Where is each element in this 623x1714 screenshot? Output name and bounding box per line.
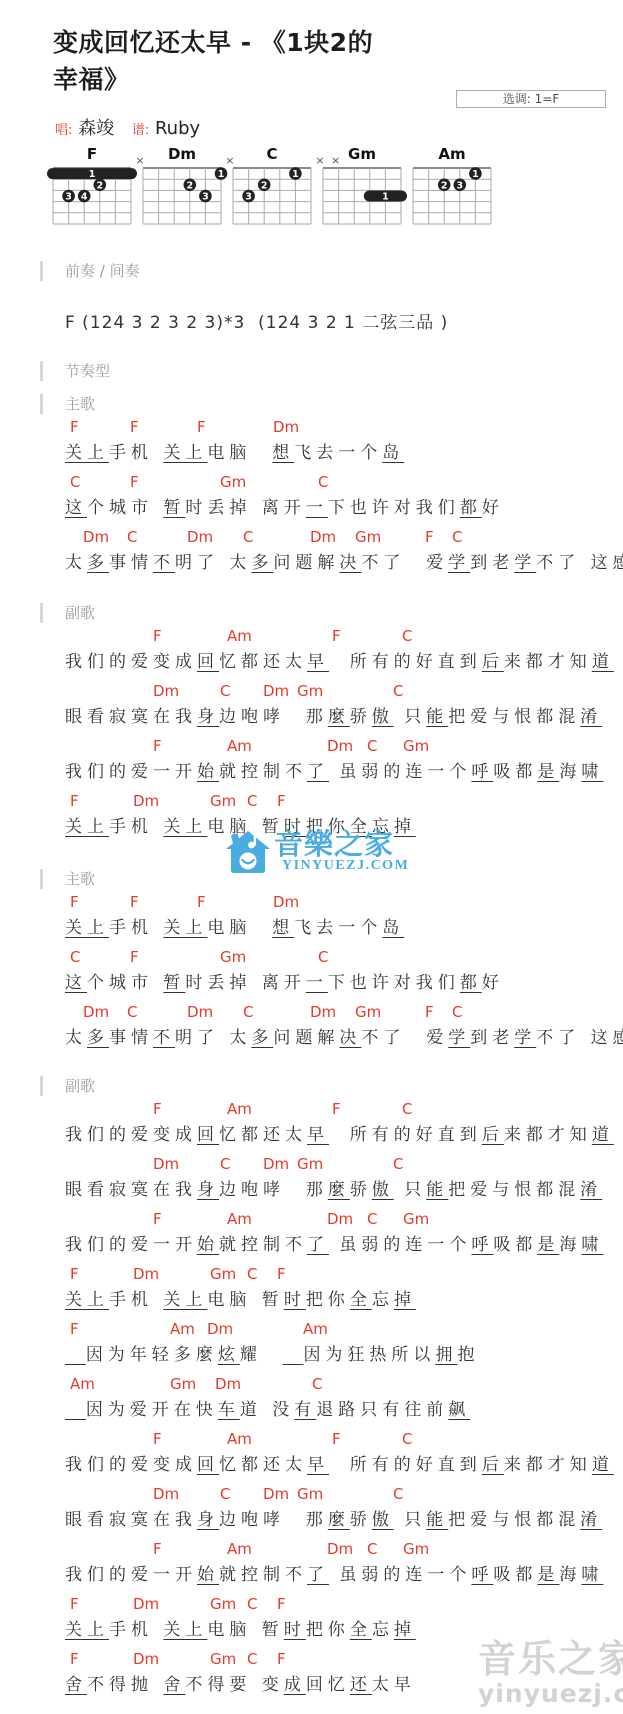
lyric-segment: 了: [307, 1235, 329, 1255]
lyric-line: 因为爱开在快车道 没有退路只有往前飙: [65, 1399, 623, 1429]
page-title: 变成回忆还太早 - 《1块2的幸福》: [53, 24, 398, 98]
lyric-segment: 不: [153, 1028, 175, 1048]
section-header: 副歌: [65, 1075, 623, 1097]
section-lines: FFFDm关上手机 关上电脑 想飞去一个岛CFGmC这个城市 暂时丢掉 离开一下…: [65, 892, 623, 1057]
svg-text:3: 3: [456, 180, 463, 191]
lyric-segment: 把你: [306, 1290, 350, 1310]
lyric-segment: 了: [307, 762, 329, 782]
lyric-segment: 骄: [350, 1510, 372, 1530]
svg-text:3: 3: [245, 192, 252, 203]
chord-label: C: [367, 738, 377, 754]
chord-label: F: [153, 1541, 162, 1557]
lyric-line: 我们的爱变成回忆都还太早 所有的好直到后来都才知道: [65, 1454, 623, 1484]
lyric-line: 眼看寂寞在我身边咆哮 那麼骄傲 只能把爱与恨都混淆: [65, 1509, 623, 1539]
chord-line: FAmFC: [65, 626, 623, 651]
artist-line: 唱: 森竣 谱: Ruby: [55, 114, 623, 140]
chord-label: F: [130, 474, 139, 490]
lyric-segment: 炫: [218, 1345, 240, 1365]
svg-text:2: 2: [261, 180, 268, 191]
svg-text:1: 1: [472, 169, 479, 180]
chord-label: C: [312, 1376, 322, 1392]
svg-text:Dm: Dm: [168, 145, 196, 163]
lyric-segment: 眼看寂寞在我: [65, 1180, 197, 1200]
lyric-segment: 太早: [372, 1675, 416, 1695]
chord-label: Dm: [133, 1596, 159, 1612]
lyric-segment: 学: [514, 553, 536, 573]
lyric-segment: 边咆哮 那: [219, 1510, 328, 1530]
chord-label: Dm: [83, 1004, 109, 1020]
lyric-segment: 到老: [470, 1028, 514, 1048]
chord-label: F: [153, 1211, 162, 1227]
section-header: 前奏 / 间奏: [65, 260, 623, 282]
lyric-segment: 我们的爱变成: [65, 652, 197, 672]
section-header-label: 主歌: [65, 870, 95, 888]
lyric-segment: 把爱与恨都混: [448, 1510, 580, 1530]
section-bar: [40, 261, 43, 281]
chord-label: F: [153, 738, 162, 754]
lyric-segment: 海: [559, 762, 581, 782]
chord-label: Dm: [273, 894, 299, 910]
lyric-segment: 因为狂热所以: [303, 1345, 435, 1365]
chord-label: C: [220, 1486, 230, 1502]
svg-text:1: 1: [292, 169, 299, 180]
chord-label: Dm: [133, 1651, 159, 1667]
lyric-segment: 麼: [328, 1180, 350, 1200]
chord-label: C: [127, 529, 137, 545]
chord-label: Am: [170, 1321, 195, 1337]
composer-name: Ruby: [155, 118, 200, 139]
lyric-segment: 后: [482, 1125, 504, 1145]
chord-label: Dm: [187, 1004, 213, 1020]
chord-line: FAmDmCGm: [65, 1209, 623, 1234]
chord-label: F: [153, 1431, 162, 1447]
lyric-segment: 多: [87, 553, 109, 573]
chord-label: Gm: [355, 529, 381, 545]
chord-line: DmCDmGmC: [65, 1484, 623, 1509]
lyric-segment: 忘: [372, 1620, 394, 1640]
lyric-segment: 来都才知: [504, 652, 592, 672]
lyric-segment: 因为爱开在快: [86, 1400, 218, 1420]
lyric-segment: 关上: [65, 1290, 109, 1310]
chord-label: C: [247, 1266, 257, 1282]
lyric-segment: 到老: [470, 553, 514, 573]
lyric-segment: [283, 1345, 304, 1365]
lyric-segment: 掉: [394, 1620, 416, 1640]
lyric-segment: 太: [65, 1028, 87, 1048]
chord-line: DmCDmCDmGmFC: [65, 527, 623, 552]
lyric-segment: 把爱与恨都混: [448, 707, 580, 727]
chord-line: DmCDmCDmGmFC: [65, 1002, 623, 1027]
lyric-segment: 这: [65, 498, 87, 518]
lyric-segment: 来都才知: [504, 1125, 592, 1145]
intro-notation: F (124 3 2 3 2 3)*3 (124 3 2 1 二弦三品 ): [65, 308, 623, 330]
chord-label: Am: [227, 1541, 252, 1557]
chord-label: Dm: [263, 1486, 289, 1502]
svg-text:2: 2: [441, 180, 448, 191]
chord-label: C: [393, 683, 403, 699]
lyric-segment: 淆: [580, 1180, 602, 1200]
lyric-segment: 决: [339, 1028, 361, 1048]
chord-diagram-C: C×123: [227, 146, 317, 226]
lyric-segment: 忆都还太: [219, 1125, 307, 1145]
chord-label: Dm: [327, 1211, 353, 1227]
lyric-segment: 拥: [435, 1345, 457, 1365]
lyric-segment: 一: [306, 973, 328, 993]
lyric-segment: 身: [197, 1510, 219, 1530]
chord-label: Gm: [210, 1266, 236, 1282]
lyric-segment: 抱: [457, 1345, 479, 1365]
chord-label: C: [70, 949, 80, 965]
chord-label: Dm: [187, 529, 213, 545]
lyric-segment: 傲: [372, 707, 394, 727]
chord-label: F: [130, 949, 139, 965]
lyric-segment: 个城市: [87, 498, 163, 518]
chord-label: Dm: [153, 1486, 179, 1502]
svg-text:×: ×: [331, 154, 340, 167]
lyric-segment: 虽弱的连一个: [329, 1565, 471, 1585]
section-header-label: 主歌: [65, 395, 95, 413]
section: 前奏 / 间奏F (124 3 2 3 2 3)*3 (124 3 2 1 二弦…: [65, 260, 623, 330]
lyric-segment: 舍: [163, 1675, 185, 1695]
lyric-segment: 岛: [382, 443, 404, 463]
lyric-segment: 不得抛: [87, 1675, 163, 1695]
lyric-segment: 不了 爱: [361, 1028, 448, 1048]
chord-label: Gm: [355, 1004, 381, 1020]
lyric-segment: 关上: [65, 817, 109, 837]
lyric-segment: 全: [350, 817, 372, 837]
lyric-segment: 多: [87, 1028, 109, 1048]
chord-label: C: [393, 1486, 403, 1502]
section-bar: [40, 603, 43, 623]
lyric-line: 舍不得抛 舍不得要 变成回忆还太早: [65, 1674, 623, 1704]
chord-label: C: [247, 793, 257, 809]
lyric-segment: 傲: [372, 1180, 394, 1200]
lyric-segment: 飞去一个: [294, 443, 382, 463]
lyric-segment: 来都才知: [504, 1455, 592, 1475]
lyric-line: 眼看寂寞在我身边咆哮 那麼骄傲 只能把爱与恨都混淆: [65, 706, 623, 736]
chord-label: C: [243, 529, 253, 545]
chord-label: F: [277, 1651, 286, 1667]
chord-label: Gm: [403, 1541, 429, 1557]
lyric-segment: 不得要 变: [185, 1675, 283, 1695]
svg-text:×: ×: [135, 154, 144, 167]
lyric-segment: 全: [350, 1620, 372, 1640]
lyric-segment: 是: [537, 762, 559, 782]
chord-line: FAmFC: [65, 1429, 623, 1454]
chord-label: Dm: [327, 1541, 353, 1557]
composer-label: 谱:: [132, 123, 149, 138]
chord-label: Dm: [153, 1156, 179, 1172]
lyric-segment: 边咆哮 那: [219, 1180, 328, 1200]
svg-text:Gm: Gm: [348, 145, 376, 163]
lyric-segment: 手机: [109, 817, 163, 837]
lyric-segment: 能: [426, 1180, 448, 1200]
chord-line: FDmGmCF: [65, 1264, 623, 1289]
lyric-segment: 关上: [163, 817, 207, 837]
singer-name: 森竣: [78, 118, 114, 139]
chord-label: Gm: [297, 1486, 323, 1502]
chord-label: C: [127, 1004, 137, 1020]
lyric-segment: 事情: [109, 1028, 153, 1048]
lyric-segment: 就控制不: [219, 1565, 307, 1585]
lyric-segment: 电脑: [207, 443, 272, 463]
lyric-segment: 舍: [65, 1675, 87, 1695]
lyric-segment: 只: [394, 1510, 426, 1530]
lyric-segment: 车: [218, 1400, 240, 1420]
section-bar: [40, 361, 43, 381]
chord-label: Dm: [83, 529, 109, 545]
chord-label: F: [332, 628, 341, 644]
lyric-segment: 早: [307, 652, 329, 672]
lyric-segment: 我们的爱变成: [65, 1125, 197, 1145]
chord-label: Gm: [297, 683, 323, 699]
lyric-segment: 耀: [240, 1345, 283, 1365]
chord-label: C: [402, 1431, 412, 1447]
lyric-segment: 道: [592, 652, 614, 672]
chord-label: F: [70, 1266, 79, 1282]
chord-label: Gm: [220, 949, 246, 965]
lyric-segment: 忘: [372, 1290, 394, 1310]
lyric-segment: 骄: [350, 1180, 372, 1200]
key-select-badge[interactable]: 选调: 1=F: [456, 90, 606, 108]
lyric-segment: 我们的爱一开: [65, 1565, 197, 1585]
lyric-segment: 忆都还太: [219, 652, 307, 672]
chord-label: Dm: [273, 419, 299, 435]
lyric-segment: 后: [482, 652, 504, 672]
lyric-segment: 有: [294, 1400, 316, 1420]
lyric-segment: 呼: [471, 1565, 493, 1585]
lyric-segment: 掉: [394, 817, 416, 837]
lyric-segment: 忘: [372, 817, 394, 837]
section: 节奏型: [65, 360, 623, 382]
lyric-segment: 只: [394, 707, 426, 727]
lyric-segment: 个城市: [87, 973, 163, 993]
section-header-label: 节奏型: [65, 362, 110, 380]
lyric-segment: 早: [307, 1455, 329, 1475]
chord-label: F: [197, 894, 206, 910]
lyric-segment: 事情: [109, 553, 153, 573]
lyric-segment: 明了 太: [175, 1028, 251, 1048]
lyric-segment: 淆: [580, 1510, 602, 1530]
chord-label: C: [243, 1004, 253, 1020]
lyric-segment: 了: [307, 1565, 329, 1585]
lyric-segment: 回: [197, 1125, 219, 1145]
section: 主歌FFFDm关上手机 关上电脑 想飞去一个岛CFGmC这个城市 暂时丢掉 离开…: [65, 393, 623, 582]
lyric-segment: 忆都还太: [219, 1455, 307, 1475]
lyric-segment: 多: [251, 553, 273, 573]
section: 副歌FAmFC我们的爱变成回忆都还太早 所有的好直到后来都才知道DmCDmGmC…: [65, 1075, 623, 1704]
lyric-segment: 多: [251, 1028, 273, 1048]
svg-text:1: 1: [218, 169, 225, 180]
chord-label: F: [197, 419, 206, 435]
lyric-segment: 时丢掉 离开: [185, 498, 305, 518]
section-bar: [40, 869, 43, 889]
chord-label: Am: [227, 1211, 252, 1227]
lyric-segment: 回: [197, 1455, 219, 1475]
lyric-segment: 这: [65, 973, 87, 993]
chord-line: FDmGmCF: [65, 791, 623, 816]
chord-label: F: [70, 419, 79, 435]
chord-label: Am: [227, 1431, 252, 1447]
chord-label: Am: [227, 1101, 252, 1117]
chord-label: C: [402, 1101, 412, 1117]
lyric-line: 这个城市 暂时丢掉 离开一下也许对我们都好: [65, 497, 623, 527]
chord-label: Dm: [310, 1004, 336, 1020]
lyric-segment: 关上: [163, 443, 207, 463]
lyric-segment: 眼看寂寞在我: [65, 1510, 197, 1530]
chord-label: F: [425, 1004, 434, 1020]
chord-label: F: [277, 1596, 286, 1612]
lyric-segment: 身: [197, 1180, 219, 1200]
chord-label: F: [277, 1266, 286, 1282]
lyric-segment: 岛: [382, 918, 404, 938]
lyric-segment: [65, 1400, 86, 1420]
chord-label: C: [247, 1596, 257, 1612]
lyric-segment: 啸: [581, 762, 603, 782]
lyric-segment: 身: [197, 707, 219, 727]
chord-label: Gm: [210, 1596, 236, 1612]
chord-line: FFFDm: [65, 417, 623, 442]
lyric-segment: 我们的爱一开: [65, 1235, 197, 1255]
lyric-segment: 道: [592, 1455, 614, 1475]
lyric-segment: 边咆哮 那: [219, 707, 328, 727]
chord-label: C: [220, 1156, 230, 1172]
lyric-segment: 我们的爱一开: [65, 762, 197, 782]
lyric-segment: 把你: [306, 817, 350, 837]
chord-line: FFFDm: [65, 892, 623, 917]
chord-label: F: [70, 1321, 79, 1337]
section-lines: FAmFC我们的爱变成回忆都还太早 所有的好直到后来都才知道DmCDmGmC眼看…: [65, 1099, 623, 1704]
chord-label: Gm: [210, 793, 236, 809]
svg-text:Am: Am: [438, 145, 465, 163]
chord-label: F: [130, 419, 139, 435]
lyric-segment: 下也许对我们: [328, 498, 460, 518]
lyric-segment: 全: [350, 1290, 372, 1310]
lyric-segment: 好: [482, 973, 504, 993]
lyric-segment: 手机: [109, 1620, 163, 1640]
lyric-segment: 都: [460, 498, 482, 518]
lyric-segment: [65, 1345, 86, 1365]
lyric-segment: 电脑 暂: [207, 817, 283, 837]
chord-line: FAmFC: [65, 1099, 623, 1124]
lyric-segment: 是: [537, 1565, 559, 1585]
lyric-segment: 只: [394, 1180, 426, 1200]
lyric-segment: 麼: [328, 707, 350, 727]
chord-line: FAmDmCGm: [65, 1539, 623, 1564]
lyric-line: 关上手机 关上电脑 想飞去一个岛: [65, 442, 623, 472]
lyric-line: 我们的爱一开始就控制不了 虽弱的连一个呼吸都是海啸: [65, 761, 623, 791]
section-header-label: 副歌: [65, 604, 95, 622]
chord-label: Dm: [263, 683, 289, 699]
lyric-segment: 虽弱的连一个: [329, 762, 471, 782]
lyric-segment: 吸都: [493, 762, 537, 782]
lyric-segment: 麼: [328, 1510, 350, 1530]
lyric-segment: 关上: [65, 1620, 109, 1640]
chord-label: F: [130, 894, 139, 910]
section-bar: [40, 1076, 43, 1096]
lyric-segment: 电脑 暂: [207, 1290, 283, 1310]
singer-label: 唱:: [55, 123, 72, 138]
section-header: 副歌: [65, 602, 623, 624]
lyric-segment: 一: [306, 498, 328, 518]
lyric-segment: 决: [339, 553, 361, 573]
section-header-label: 副歌: [65, 1077, 95, 1095]
svg-text:×: ×: [315, 154, 324, 167]
lyric-line: 我们的爱变成回忆都还太早 所有的好直到后来都才知道: [65, 1124, 623, 1154]
lyric-line: 关上手机 关上电脑 暂时把你全忘掉: [65, 1289, 623, 1319]
lyric-segment: 时丢掉 离开: [185, 973, 305, 993]
chord-label: C: [402, 628, 412, 644]
lyric-segment: 不了 爱: [361, 553, 448, 573]
lyric-segment: 海: [559, 1235, 581, 1255]
lyric-segment: 就控制不: [219, 762, 307, 782]
lyric-segment: 回忆: [306, 1675, 350, 1695]
chord-label: C: [393, 1156, 403, 1172]
chord-line: DmCDmGmC: [65, 1154, 623, 1179]
svg-text:C: C: [266, 145, 277, 163]
chord-diagram-Am: Am123: [407, 146, 497, 226]
chord-label: C: [247, 1651, 257, 1667]
lyric-segment: 吸都: [493, 1565, 537, 1585]
chord-label: Gm: [170, 1376, 196, 1392]
chord-line: FAmDmCGm: [65, 736, 623, 761]
svg-text:2: 2: [186, 180, 193, 191]
chord-label: F: [153, 628, 162, 644]
chord-line: CFGmC: [65, 947, 623, 972]
chord-label: C: [367, 1211, 377, 1227]
lyric-segment: 因为年轻多麼: [86, 1345, 218, 1365]
lyric-segment: 始: [197, 762, 219, 782]
lyric-segment: 我们的爱变成: [65, 1455, 197, 1475]
chord-diagrams-row: F1234Dm×123C×123Gm××1Am123: [47, 146, 623, 226]
chord-label: Gm: [210, 1651, 236, 1667]
lyric-segment: 还: [350, 1675, 372, 1695]
chord-label: C: [318, 949, 328, 965]
lyric-segment: 飙: [448, 1400, 470, 1420]
section: 主歌FFFDm关上手机 关上电脑 想飞去一个岛CFGmC这个城市 暂时丢掉 离开…: [65, 868, 623, 1057]
chord-line: FAmDmAm: [65, 1319, 623, 1344]
chord-label: F: [70, 1651, 79, 1667]
section-bar: [40, 394, 43, 414]
lyric-segment: 骄: [350, 707, 372, 727]
chord-label: Dm: [215, 1376, 241, 1392]
chord-label: Am: [227, 628, 252, 644]
lyric-segment: 太: [65, 553, 87, 573]
lyric-segment: 时: [284, 1620, 306, 1640]
lyric-line: 关上手机 关上电脑 暂时把你全忘掉: [65, 1619, 623, 1649]
lyric-segment: 电脑: [207, 918, 272, 938]
chord-label: Dm: [263, 1156, 289, 1172]
song-body: 前奏 / 间奏F (124 3 2 3 2 3)*3 (124 3 2 1 二弦…: [0, 260, 623, 1704]
chord-label: F: [332, 1431, 341, 1447]
lyric-segment: 想: [272, 918, 294, 938]
chord-label: C: [70, 474, 80, 490]
lyric-segment: 关上: [163, 918, 207, 938]
lyric-segment: 手机: [109, 1290, 163, 1310]
lyric-segment: 啸: [581, 1565, 603, 1585]
lyric-segment: 道 没: [240, 1400, 294, 1420]
lyric-segment: 就控制不: [219, 1235, 307, 1255]
chord-label: Gm: [297, 1156, 323, 1172]
lyric-segment: 飞去一个: [294, 918, 382, 938]
lyric-segment: 时: [284, 1290, 306, 1310]
lyric-line: 我们的爱变成回忆都还太早 所有的好直到后来都才知道: [65, 651, 623, 681]
lyric-segment: 手机: [109, 443, 163, 463]
svg-text:2: 2: [96, 180, 103, 191]
lyric-segment: 所有的好直到: [329, 652, 482, 672]
lyric-segment: 关上: [65, 443, 109, 463]
chord-line: FDmGmCF: [65, 1649, 623, 1674]
